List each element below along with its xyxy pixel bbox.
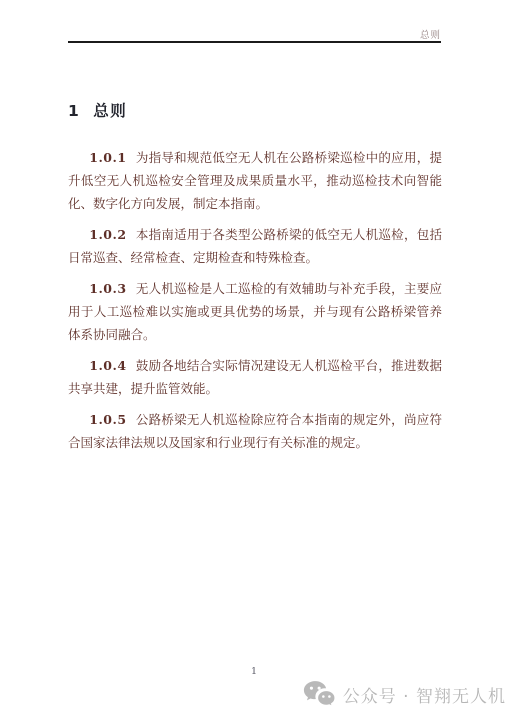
header-rule — [68, 41, 441, 43]
paragraph-1-0-3: 1.0.3无人机巡检是人工巡检的有效辅助与补充手段，主要应用于人工巡检难以实施或… — [68, 277, 442, 346]
clause-number: 1.0.1 — [89, 150, 126, 165]
running-header-title: 总则 — [420, 27, 441, 41]
paragraph-1-0-4: 1.0.4鼓励各地结合实际情况建设无人机巡检平台，推进数据共享共建，提升监管效能… — [68, 354, 442, 400]
clause-number: 1.0.4 — [89, 358, 126, 373]
wechat-icon — [303, 680, 336, 708]
chapter-heading: 1总则 — [68, 99, 127, 121]
paragraph-1-0-1: 1.0.1为指导和规范低空无人机在公路桥梁巡检中的应用，提升低空无人机巡检安全管… — [68, 146, 442, 215]
chapter-title: 总则 — [93, 102, 127, 120]
page-number: 1 — [0, 666, 508, 677]
watermark: 公众号 · 智翔无人机 — [303, 680, 506, 708]
paragraph-1-0-5: 1.0.5公路桥梁无人机巡检除应符合本指南的规定外，尚应符合国家法律法规以及国家… — [68, 408, 442, 454]
chapter-number: 1 — [68, 102, 80, 120]
watermark-text: 公众号 · 智翔无人机 — [343, 682, 506, 707]
paragraph-1-0-2: 1.0.2本指南适用于各类型公路桥梁的低空无人机巡检，包括日常巡查、经常检查、定… — [68, 223, 442, 269]
clause-number: 1.0.5 — [89, 412, 126, 427]
document-body: 1.0.1为指导和规范低空无人机在公路桥梁巡检中的应用，提升低空无人机巡检安全管… — [68, 146, 442, 462]
clause-number: 1.0.2 — [89, 227, 126, 242]
clause-number: 1.0.3 — [89, 281, 126, 296]
